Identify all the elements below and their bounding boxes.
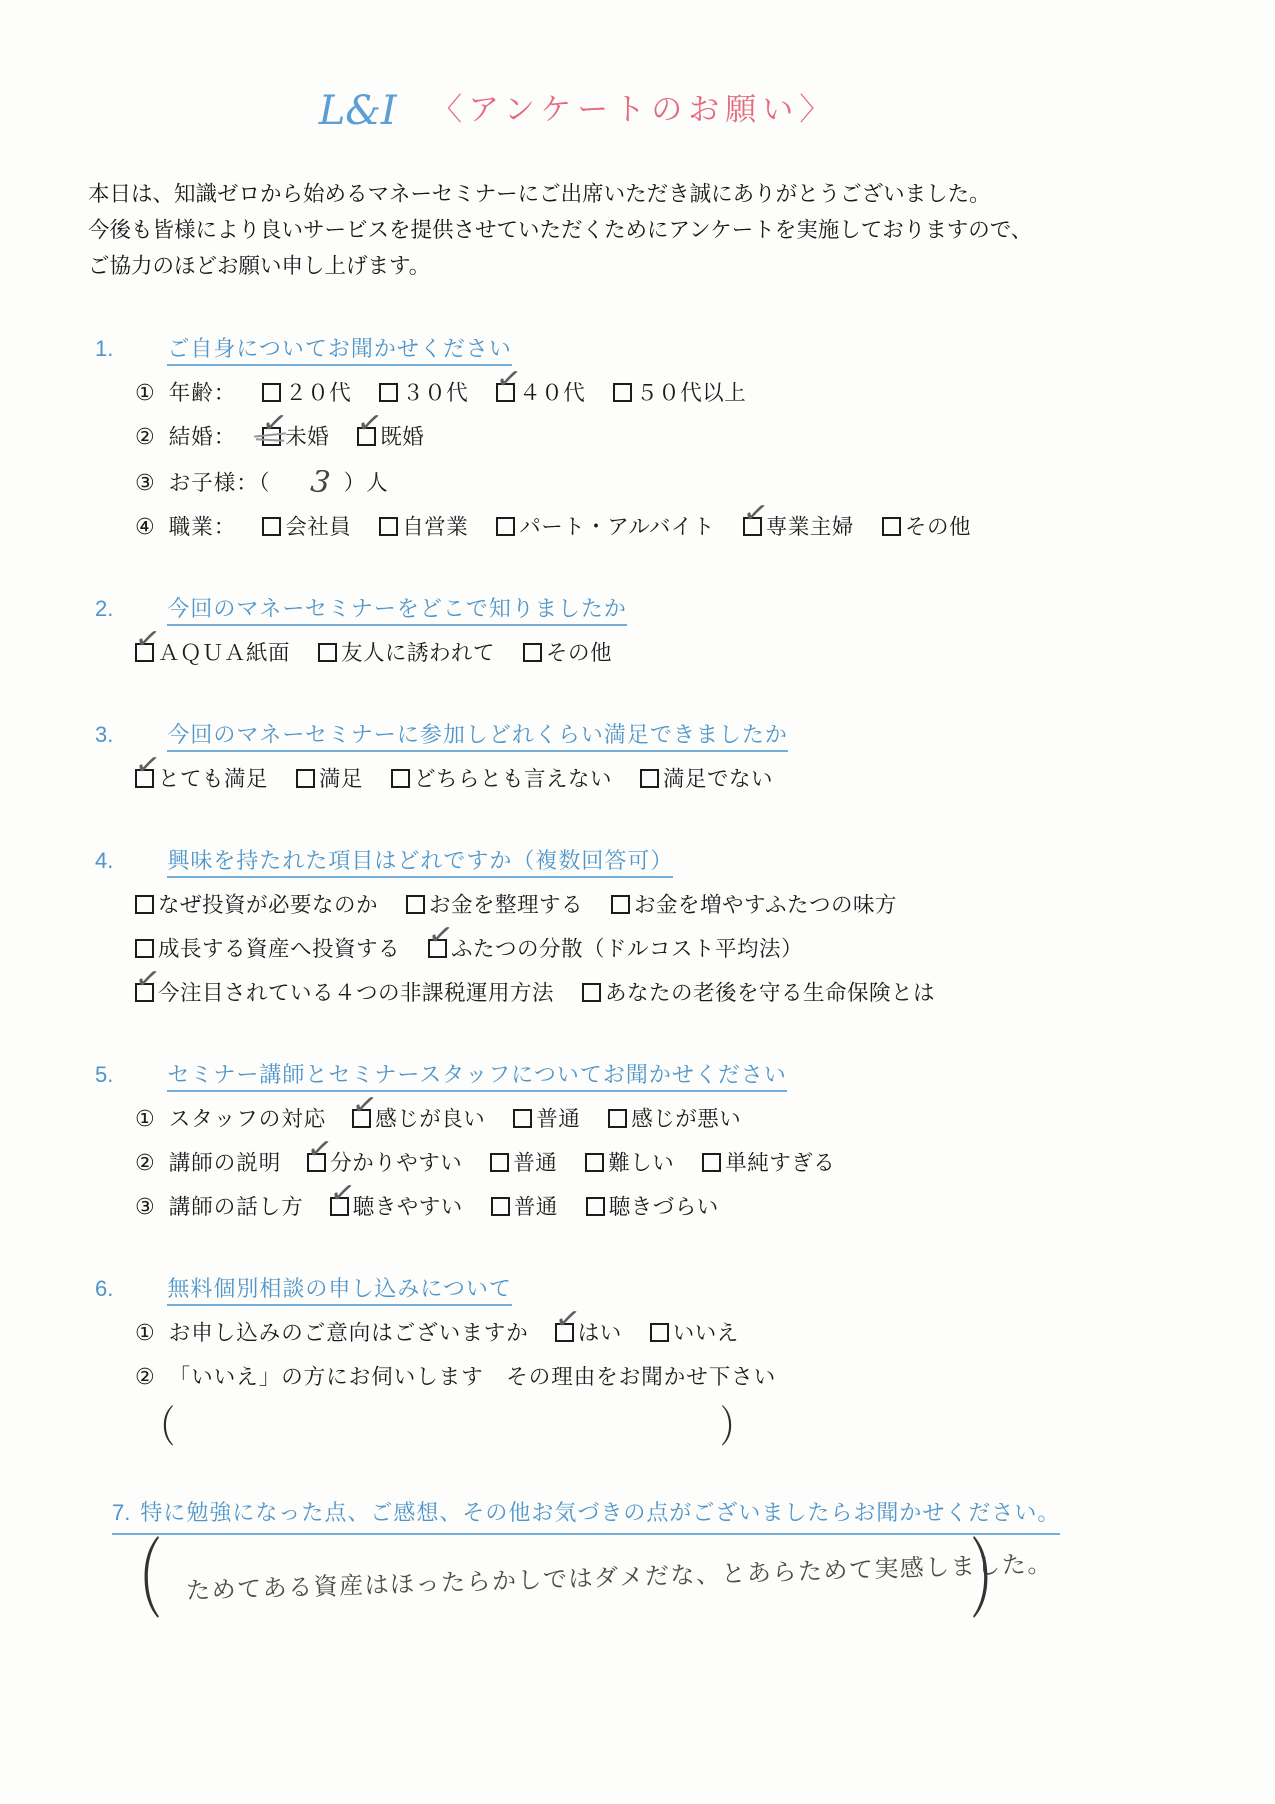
option-label: ＡＱＵＡ紙面: [158, 641, 290, 665]
checkbox[interactable]: [262, 517, 281, 536]
checkbox[interactable]: [702, 1153, 721, 1172]
question-label: お子様：（: [169, 471, 271, 495]
question-row: ③講師の話し方✓聴きやすい普通聴きづらい: [95, 1190, 1275, 1224]
checkbox-option[interactable]: 普通: [513, 1102, 580, 1136]
checkbox[interactable]: ✓: [496, 383, 515, 402]
handwritten-comment[interactable]: ためてある資産はほったらかしではダメだな、とあらためて実感しました。: [186, 1551, 947, 1609]
option-label: 未婚: [285, 425, 329, 449]
checkbox-option[interactable]: 会社員: [262, 510, 351, 544]
checkbox-option[interactable]: 聴きづらい: [586, 1190, 719, 1224]
option-label: ふたつの分散（ドルコスト平均法）: [451, 937, 803, 961]
option-label: 専業主婦: [766, 515, 854, 539]
section-header: 7.特に勉強になった点、ご感想、その他お気づきの点がございましたらお聞かせくださ…: [112, 1496, 1060, 1535]
checkbox[interactable]: ✓: [307, 1153, 326, 1172]
checkbox-option[interactable]: その他: [882, 510, 971, 544]
question-row: ①スタッフの対応✓感じが良い普通感じが悪い: [95, 1102, 1275, 1136]
checkbox[interactable]: [296, 769, 315, 788]
checkbox-option[interactable]: ５０代以上: [613, 376, 746, 410]
option-label: 友人に誘われて: [341, 641, 495, 665]
answer-paren-close: ）: [720, 1404, 752, 1450]
checkbox-option[interactable]: その他: [523, 636, 612, 670]
checkbox-option[interactable]: ✓未婚: [262, 420, 329, 454]
item-number: ①: [135, 1320, 155, 1345]
option-label: 聴きやすい: [353, 1195, 463, 1219]
question-row: ✓とても満足満足どちらとも言えない満足でない: [95, 762, 1275, 796]
checkbox-option[interactable]: ✓とても満足: [135, 762, 268, 796]
strikethrough-mark: [254, 432, 286, 437]
checkbox[interactable]: ✓: [555, 1323, 574, 1342]
checkbox[interactable]: [490, 1153, 509, 1172]
option-label: 聴きづらい: [609, 1195, 719, 1219]
checkbox[interactable]: [523, 643, 542, 662]
intro-line: ご協力のほどお願い申し上げます。: [88, 248, 1275, 284]
question-label: 講師の説明: [169, 1151, 282, 1175]
question-label: 講師の話し方: [169, 1195, 304, 1219]
checkbox[interactable]: [262, 383, 281, 402]
checkbox[interactable]: [491, 1197, 510, 1216]
checkbox-option[interactable]: ✓分かりやすい: [307, 1146, 462, 1180]
option-label: 満足でない: [663, 767, 773, 791]
answer-paren-close: ）: [970, 1536, 1020, 1624]
item-number: ④: [135, 514, 155, 539]
checkbox-option[interactable]: ✓今注目されている４つの非課税運用方法: [135, 976, 554, 1010]
checkbox-option[interactable]: 普通: [491, 1190, 558, 1224]
checkbox[interactable]: [613, 383, 632, 402]
question-label: お申し込みのご意向はございますか: [169, 1321, 529, 1345]
option-label: とても満足: [158, 767, 268, 791]
option-label: いいえ: [673, 1321, 739, 1345]
checkbox[interactable]: ✓: [262, 427, 281, 446]
section-heading: セミナー講師とセミナースタッフについてお聞かせください: [167, 1062, 786, 1092]
section-heading: 無料個別相談の申し込みについて: [167, 1276, 512, 1306]
option-label: 普通: [536, 1107, 580, 1131]
survey-page: L&I 〈アンケートのお願い〉 本日は、知識ゼロから始めるマネーセミナーにご出席…: [0, 0, 1275, 1804]
checkbox-option[interactable]: 難しい: [585, 1146, 674, 1180]
option-label: 単純すぎる: [725, 1151, 835, 1175]
answer-paren-open: （: [143, 1404, 175, 1450]
checkbox[interactable]: ✓: [135, 643, 154, 662]
option-label: 自営業: [402, 515, 468, 539]
option-label: どちらとも言えない: [414, 767, 612, 791]
question-row: ④職業：会社員自営業パート・アルバイト✓専業主婦その他: [95, 510, 1275, 544]
option-label: お金を整理する: [429, 893, 583, 917]
question-label: 結婚：: [169, 425, 237, 449]
section-number: 7.: [112, 1500, 130, 1525]
option-label: 満足: [319, 767, 363, 791]
checkbox[interactable]: ✓: [135, 983, 154, 1002]
option-label: 分かりやすい: [330, 1151, 462, 1175]
checkbox[interactable]: ✓: [357, 427, 376, 446]
option-label: 難しい: [608, 1151, 674, 1175]
checkbox-option[interactable]: あなたの老後を守る生命保険とは: [582, 976, 935, 1010]
header: L&I 〈アンケートのお願い〉: [0, 0, 1215, 134]
option-label: 成長する資産へ投資する: [158, 937, 400, 961]
section-heading: 今回のマネーセミナーをどこで知りましたか: [167, 596, 627, 626]
checkbox-option[interactable]: ３０代: [379, 376, 468, 410]
question-row: ②「いいえ」の方にお伺いします その理由をお聞かせ下さい: [95, 1360, 1275, 1394]
checkbox-option[interactable]: 満足: [296, 762, 363, 796]
option-label: ３０代: [402, 381, 468, 405]
item-number: ③: [135, 470, 155, 495]
question-label: スタッフの対応: [169, 1107, 327, 1131]
option-label: 既婚: [380, 425, 424, 449]
question-row: ③お子様：（3）人: [95, 464, 1275, 500]
checkbox-option[interactable]: ２０代: [262, 376, 351, 410]
survey-section: 4.興味を持たれた項目はどれですか（複数回答可）なぜ投資が必要なのかお金を整理す…: [0, 844, 1275, 1010]
checkbox-option[interactable]: いいえ: [650, 1316, 739, 1350]
section-header: 6.無料個別相談の申し込みについて: [95, 1272, 1275, 1306]
option-label: ５０代以上: [636, 381, 746, 405]
question-label: 「いいえ」の方にお伺いします その理由をお聞かせ下さい: [169, 1365, 777, 1389]
checkbox[interactable]: ✓: [330, 1197, 349, 1216]
option-label: お金を増やすふたつの味方: [634, 893, 897, 917]
checkbox[interactable]: [585, 1153, 604, 1172]
checkbox[interactable]: [406, 895, 425, 914]
intro-line: 今後も皆様により良いサービスを提供させていただくためにアンケートを実施しておりま…: [88, 212, 1275, 248]
intro-paragraph: 本日は、知識ゼロから始めるマネーセミナーにご出席いただき誠にありがとうございまし…: [88, 176, 1275, 284]
checkbox-option[interactable]: なぜ投資が必要なのか: [135, 888, 378, 922]
option-label: ４０代: [519, 381, 585, 405]
checkbox-option[interactable]: 単純すぎる: [702, 1146, 835, 1180]
option-label: その他: [905, 515, 971, 539]
option-label: はい: [578, 1321, 622, 1345]
section-heading: 特に勉強になった点、ご感想、その他お気づきの点がございましたらお聞かせください。: [140, 1500, 1060, 1525]
checkbox-option[interactable]: お金を整理する: [406, 888, 583, 922]
checkbox-option[interactable]: どちらとも言えない: [391, 762, 612, 796]
checkbox[interactable]: [135, 895, 154, 914]
option-label: なぜ投資が必要なのか: [158, 893, 378, 917]
checkbox-option[interactable]: ✓４０代: [496, 376, 585, 410]
answer-paren-open: （: [112, 1536, 162, 1624]
item-number: ②: [135, 1364, 155, 1389]
survey-section: 2.今回のマネーセミナーをどこで知りましたか✓ＡＱＵＡ紙面友人に誘われてその他: [0, 592, 1275, 670]
item-number: ②: [135, 1150, 155, 1175]
checkbox-option[interactable]: 感じが悪い: [608, 1102, 741, 1136]
question-label-suffix: ）人: [344, 471, 389, 495]
checkbox-option[interactable]: ✓感じが良い: [352, 1102, 485, 1136]
section-number: 1.: [95, 336, 113, 361]
checkbox[interactable]: ✓: [743, 517, 762, 536]
section-number: 4.: [95, 848, 113, 873]
option-label: 感じが良い: [375, 1107, 485, 1131]
question-row: ✓ＡＱＵＡ紙面友人に誘われてその他: [95, 636, 1275, 670]
checkbox[interactable]: [318, 643, 337, 662]
option-label: 会社員: [285, 515, 351, 539]
checkbox-option[interactable]: 成長する資産へ投資する: [135, 932, 400, 966]
checkbox[interactable]: [611, 895, 630, 914]
checkbox[interactable]: [586, 1197, 605, 1216]
question-row: ①お申し込みのご意向はございますか✓はいいいえ: [95, 1316, 1275, 1350]
question-row: ②講師の説明✓分かりやすい普通難しい単純すぎる: [95, 1146, 1275, 1180]
checkbox[interactable]: [882, 517, 901, 536]
checkbox-option[interactable]: ✓ふたつの分散（ドルコスト平均法）: [428, 932, 803, 966]
section-header: 3.今回のマネーセミナーに参加しどれくらい満足できましたか: [95, 718, 1275, 752]
checkbox-option[interactable]: 自営業: [379, 510, 468, 544]
checkbox[interactable]: [608, 1109, 627, 1128]
section-heading: ご自身についてお聞かせください: [167, 336, 512, 366]
intro-line: 本日は、知識ゼロから始めるマネーセミナーにご出席いただき誠にありがとうございまし…: [88, 176, 1275, 212]
survey-section: 5.セミナー講師とセミナースタッフについてお聞かせください①スタッフの対応✓感じ…: [0, 1058, 1275, 1224]
strikethrough-mark: [256, 438, 284, 441]
checkbox-option[interactable]: ✓はい: [555, 1316, 622, 1350]
checkbox[interactable]: [650, 1323, 669, 1342]
option-label: 感じが悪い: [631, 1107, 741, 1131]
question-row: 成長する資産へ投資する✓ふたつの分散（ドルコスト平均法）: [95, 932, 1275, 966]
section-number: 6.: [95, 1276, 113, 1301]
checkbox-option[interactable]: ✓既婚: [357, 420, 424, 454]
section-number: 3.: [95, 722, 113, 747]
checkbox-option[interactable]: 普通: [490, 1146, 557, 1180]
handwritten-answer[interactable]: 3: [308, 465, 331, 501]
checkbox-option[interactable]: パート・アルバイト: [496, 510, 715, 544]
answer-line: （）: [95, 1410, 1275, 1448]
option-label: 普通: [514, 1195, 558, 1219]
option-label: その他: [546, 641, 612, 665]
option-label: あなたの老後を守る生命保険とは: [605, 981, 935, 1005]
item-number: ①: [135, 1106, 155, 1131]
page-title: 〈アンケートのお願い〉: [431, 92, 836, 127]
checkbox[interactable]: ✓: [352, 1109, 371, 1128]
option-label: パート・アルバイト: [519, 515, 715, 539]
option-label: ２０代: [285, 381, 351, 405]
question-label: 職業：: [169, 515, 237, 539]
company-logo: L&I: [319, 88, 397, 134]
section-header: 2.今回のマネーセミナーをどこで知りましたか: [95, 592, 1275, 626]
item-number: ②: [135, 424, 155, 449]
question-row: なぜ投資が必要なのかお金を整理するお金を増やすふたつの味方: [95, 888, 1275, 922]
checkbox-option[interactable]: 満足でない: [640, 762, 773, 796]
checkbox-option[interactable]: ✓ＡＱＵＡ紙面: [135, 636, 290, 670]
section-number: 2.: [95, 596, 113, 621]
section-header: 4.興味を持たれた項目はどれですか（複数回答可）: [95, 844, 1275, 878]
section-number: 5.: [95, 1062, 113, 1087]
section-header: 5.セミナー講師とセミナースタッフについてお聞かせください: [95, 1058, 1275, 1092]
survey-section: 6.無料個別相談の申し込みについて①お申し込みのご意向はございますか✓はいいいえ…: [0, 1272, 1275, 1448]
question-label: 年齢：: [169, 381, 237, 405]
section-heading: 興味を持たれた項目はどれですか（複数回答可）: [167, 848, 673, 878]
checkbox[interactable]: [582, 983, 601, 1002]
survey-section: 3.今回のマネーセミナーに参加しどれくらい満足できましたか✓とても満足満足どちら…: [0, 718, 1275, 796]
survey-section: 1.ご自身についてお聞かせください①年齢：２０代３０代✓４０代５０代以上②結婚：…: [0, 332, 1275, 544]
checkbox[interactable]: ✓: [135, 769, 154, 788]
survey-sections: 1.ご自身についてお聞かせください①年齢：２０代３０代✓４０代５０代以上②結婚：…: [0, 332, 1275, 1605]
question-row: ①年齢：２０代３０代✓４０代５０代以上: [95, 376, 1275, 410]
checkbox-option[interactable]: ✓専業主婦: [743, 510, 854, 544]
checkbox-option[interactable]: お金を増やすふたつの味方: [611, 888, 897, 922]
option-label: 普通: [513, 1151, 557, 1175]
checkbox[interactable]: [496, 517, 515, 536]
checkbox-option[interactable]: ✓聴きやすい: [330, 1190, 463, 1224]
checkbox[interactable]: [135, 939, 154, 958]
option-label: 今注目されている４つの非課税運用方法: [158, 981, 554, 1005]
item-number: ③: [135, 1194, 155, 1219]
survey-section: 7.特に勉強になった点、ご感想、その他お気づきの点がございましたらお聞かせくださ…: [0, 1496, 1275, 1605]
section-heading: 今回のマネーセミナーに参加しどれくらい満足できましたか: [167, 722, 788, 752]
item-number: ①: [135, 380, 155, 405]
checkbox[interactable]: ✓: [428, 939, 447, 958]
freeform-answer: （ためてある資産はほったらかしではダメだな、とあらためて実感しました。）: [112, 1555, 1275, 1605]
question-row: ✓今注目されている４つの非課税運用方法あなたの老後を守る生命保険とは: [95, 976, 1275, 1010]
checkbox[interactable]: [379, 517, 398, 536]
checkbox[interactable]: [640, 769, 659, 788]
checkbox-option[interactable]: 友人に誘われて: [318, 636, 495, 670]
question-row: ②結婚：✓未婚✓既婚: [95, 420, 1275, 454]
checkbox[interactable]: [379, 383, 398, 402]
checkbox[interactable]: [391, 769, 410, 788]
checkbox[interactable]: [513, 1109, 532, 1128]
section-header: 1.ご自身についてお聞かせください: [95, 332, 1275, 366]
